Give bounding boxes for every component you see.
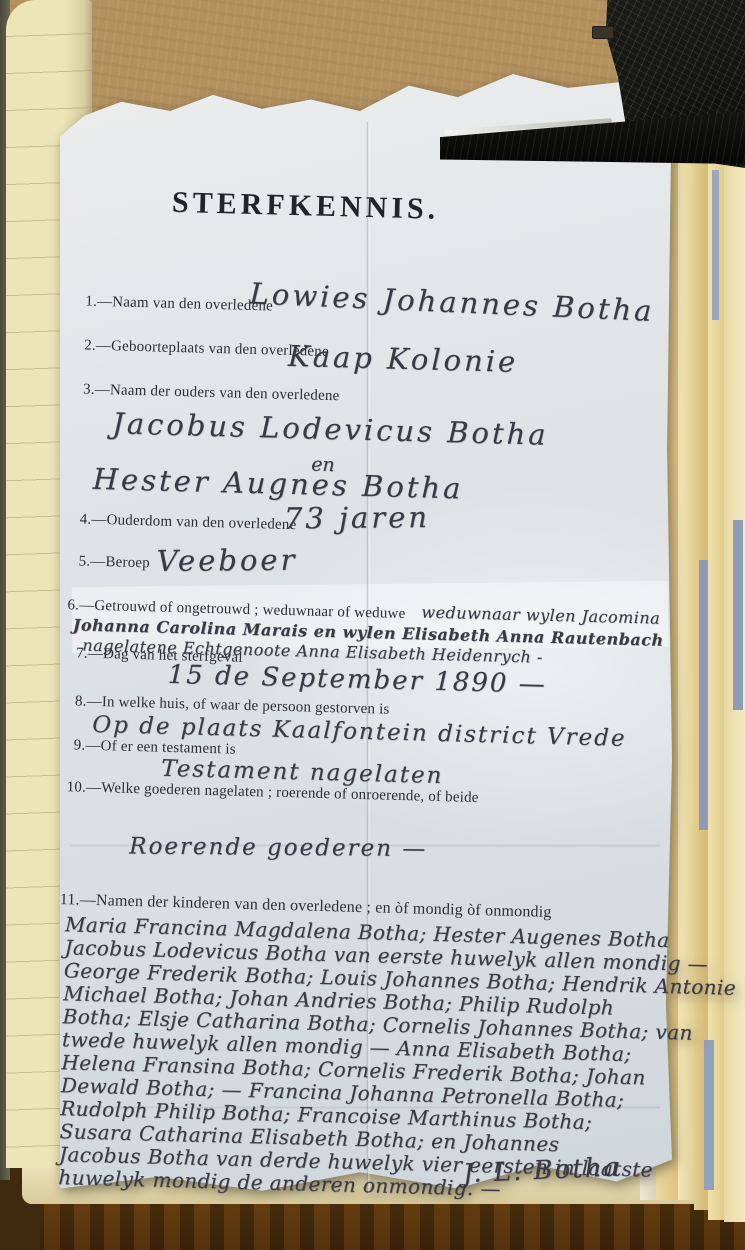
field-3-answer-mother: Hester Augnes Botha [92,462,464,506]
field-9-label: 9.—Of er een testament is [74,737,236,758]
field-2-answer: Kaap Kolonie [288,339,519,379]
field-9-number: 9.— [74,737,101,754]
field-1-number: 1.— [85,294,112,311]
field-3-number: 3.— [83,382,110,399]
death-notice-paper: STERFKENNIS. 1.—Naam van den overledene … [60,44,672,1200]
field-6-number: 6.— [67,597,94,614]
blue-page-sliver [712,170,719,320]
photo-of-death-notice: STERFKENNIS. 1.—Naam van den overledene … [0,0,745,1250]
blue-page-sliver [699,560,708,830]
field-4-number: 4.— [79,511,106,528]
field-10-number: 10.— [66,779,101,796]
field-3-answer-father: Jacobus Lodevicus Botha [112,406,549,451]
field-4-answer: 73 jaren [284,500,430,535]
field-5-number: 5.— [78,553,105,570]
blue-page-sliver [733,520,743,710]
field-5-answer: Veeboer [157,543,298,578]
clamp-screw [592,26,614,39]
blue-page-sliver [704,1040,714,1190]
field-5-label: 5.—Beroep [78,553,150,572]
form-content: STERFKENNIS. 1.—Naam van den overledene … [34,41,676,1213]
field-6-answer-line1: weduwnaar wylen Jacomina [421,602,660,627]
field-11-number: 11.— [60,891,97,909]
document-title: STERFKENNIS. [172,186,440,227]
field-3-label: 3.—Naam der ouders van den overledene [83,382,340,406]
field-1-label: 1.—Naam van den overledene [85,294,273,316]
field-1-answer: Lowies Johannes Botha [249,276,655,328]
field-7-answer: 15 de September 1890 — [167,660,547,700]
field-4-label: 4.—Ouderdom van den overledene [79,511,296,534]
field-2-number: 2.— [84,338,111,355]
field-8-number: 8.— [75,693,102,710]
field-7-number: 7.— [76,645,103,662]
field-10-answer: Roerende goederen — [129,833,427,862]
